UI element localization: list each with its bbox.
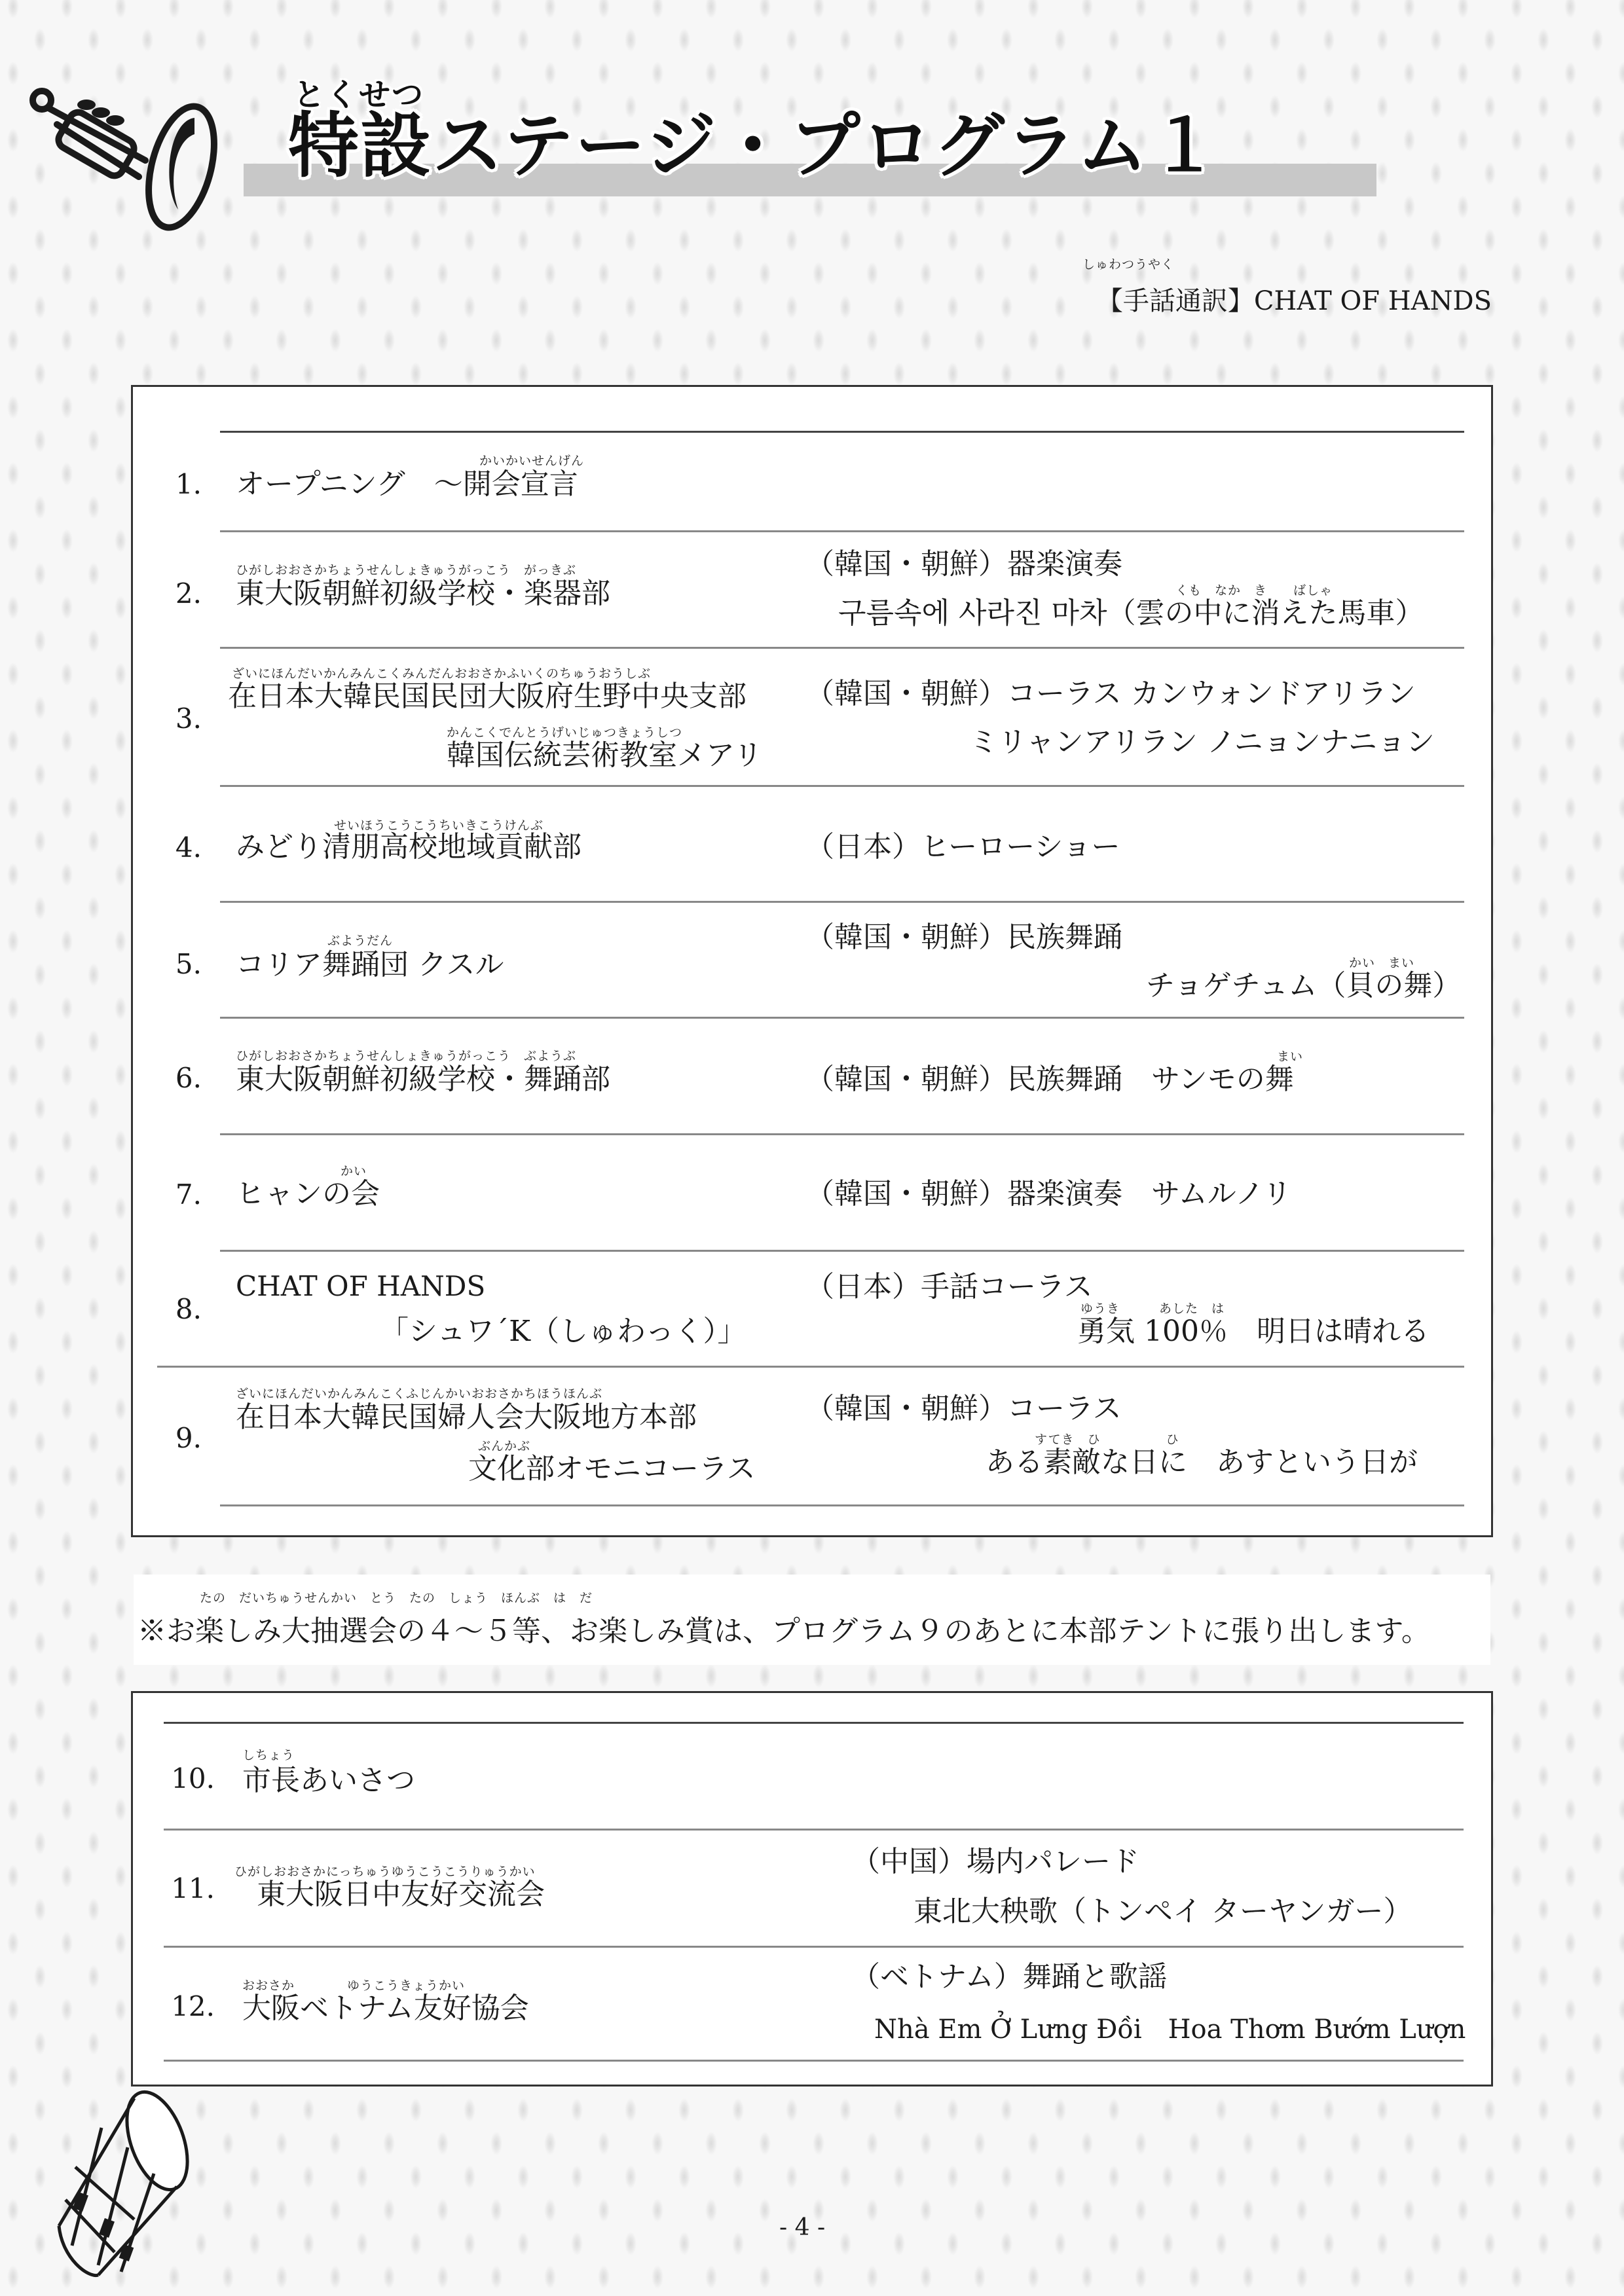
performer: みどり清朋高校地域貢献部 [236, 833, 581, 862]
content: 東北大秧歌（トンペイ ターヤンガー） [913, 1897, 1412, 1926]
divider [220, 431, 1464, 433]
divider [220, 1504, 1464, 1506]
divider [220, 1017, 1464, 1019]
content: 구름속에 사라진 마차（雲の中に消えた馬車） [838, 599, 1424, 628]
content-ruby: まい [1277, 1051, 1303, 1063]
content: （韓国・朝鮮）器楽演奏 [805, 550, 1122, 579]
page-number: - 4 - [779, 2214, 825, 2241]
content: チョゲチュム（貝の舞） [1146, 972, 1461, 1000]
content: （韓国・朝鮮）民族舞踊 [805, 923, 1122, 952]
content: （韓国・朝鮮）コーラス カンウォンドアリラン [805, 680, 1416, 708]
divider [157, 1366, 1464, 1368]
lottery-note: ※お楽しみ大抽選会の４～５等、お楽しみ賞は、プログラム９のあとに本部テントに張り… [138, 1607, 1430, 1649]
content: ある素敵な日に あすという日が [986, 1448, 1418, 1477]
note-ruby: たの だいちゅうせんかい とう たの しょう ほんぶ は だ [200, 1592, 593, 1605]
content: （韓国・朝鮮）コーラス [805, 1394, 1122, 1423]
row-number: 12. [156, 1990, 215, 2022]
performer: 東大阪日中友好交流会 [257, 1880, 545, 1909]
divider [220, 530, 1464, 532]
content-ruby: ゆうき あした は [1080, 1303, 1225, 1315]
performer-ruby: ざいにほんだいかんみんこくふじんかいおおさかちほうほんぶ [236, 1388, 602, 1400]
performer-ruby: しちょう [242, 1749, 295, 1762]
divider [220, 785, 1464, 787]
content-ruby: かい まい [1349, 957, 1414, 970]
content-ruby: すてき ひ ひ [1035, 1434, 1179, 1446]
divider [220, 647, 1464, 649]
divider [220, 1133, 1464, 1135]
performer: 韓国伝統芸術教室メアリ [447, 741, 762, 770]
page-title: 特設ステージ・プログラム１ [288, 111, 1221, 182]
performer-ruby: ひがしおおさかちょうせんしょきゅうがっこう ぶようぶ [236, 1050, 576, 1063]
performer: 「シュワ´K（しゅわっく）」 [380, 1317, 747, 1346]
content: Nhà Em Ở Lưng Đồi Hoa Thơm Bướm Lượn [874, 2016, 1466, 2043]
row-number: 3. [143, 702, 202, 735]
divider [164, 2060, 1464, 2062]
performer: コリア舞踊団 クスル [236, 951, 504, 979]
performer-ruby: かい [341, 1165, 367, 1178]
performer-ruby: ざいにほんだいかんみんこくみんだんおおさかふいくのちゅうおうしぶ [232, 668, 651, 680]
row-number: 8. [143, 1293, 202, 1325]
row-number: 7. [143, 1178, 202, 1211]
row-number: 2. [143, 577, 202, 610]
row-number: 9. [143, 1422, 202, 1454]
content: （日本）手話コーラス [805, 1273, 1093, 1302]
divider [164, 1722, 1464, 1724]
content: （韓国・朝鮮）器楽演奏 サムルノリ [805, 1180, 1291, 1209]
content: （中国）場内パレード [851, 1848, 1139, 1876]
performer: 在日本大韓民国民団大阪府生野中央支部 [228, 682, 747, 711]
content: ミリャンアリラン ノニョンナニョン [969, 728, 1435, 757]
row-number: 6. [143, 1062, 202, 1094]
row-number: 1. [143, 468, 202, 500]
performer: 東大阪朝鮮初級学校・舞踊部 [236, 1065, 610, 1094]
row-number: 4. [143, 831, 202, 864]
divider [220, 901, 1464, 903]
content: 勇気 100％ 明日は晴れる [1077, 1317, 1430, 1346]
performer-ruby: ひがしおおさかちょうせんしょきゅうがっこう がっきぶ [236, 564, 576, 577]
performer: ヒャンの会 [236, 1180, 380, 1209]
performer-ruby: かいかいせんげん [479, 455, 584, 467]
performer-ruby: ぶんかぶ [478, 1440, 530, 1453]
trumpet-icon [14, 62, 217, 232]
performer: 市長あいさつ [242, 1766, 415, 1795]
sign-language-interpreter: 【手話通訳】CHAT OF HANDS [1097, 280, 1492, 318]
performer: 文化部オモニコーラス [468, 1455, 756, 1484]
performer-ruby: かんこくでんとうげいじゅつきょうしつ [447, 727, 682, 739]
content-ruby: くも なか き ばしゃ [1175, 585, 1333, 597]
drum-icon [36, 2088, 206, 2278]
performer-ruby: ひがしおおさかにっちゅうゆうこうこうりゅうかい [234, 1866, 536, 1878]
row-number: 11. [156, 1872, 215, 1904]
divider [220, 1250, 1464, 1252]
performer: CHAT OF HANDS [236, 1273, 485, 1300]
performer: 在日本大韓民国婦人会大阪地方本部 [236, 1403, 697, 1432]
content: （日本）ヒーローショー [805, 833, 1120, 862]
interpreter-ruby: しゅわつうやく [1082, 259, 1174, 271]
row-number: 10. [156, 1762, 215, 1795]
content: （ベトナム）舞踊と歌謡 [851, 1963, 1167, 1992]
row-number: 5. [143, 948, 202, 980]
performer-ruby: ぶようだん [327, 935, 393, 947]
performer: 大阪ベトナム友好協会 [242, 1994, 529, 2023]
performer: 東大阪朝鮮初級学校・楽器部 [236, 579, 610, 608]
divider [164, 1946, 1464, 1948]
divider [164, 1829, 1464, 1831]
performer: オープニング ～開会宣言 [236, 470, 578, 499]
content: （韓国・朝鮮）民族舞踊 サンモの舞 [805, 1065, 1294, 1094]
performer-ruby: おおさか ゆうこうきょうかい [242, 1980, 465, 1992]
